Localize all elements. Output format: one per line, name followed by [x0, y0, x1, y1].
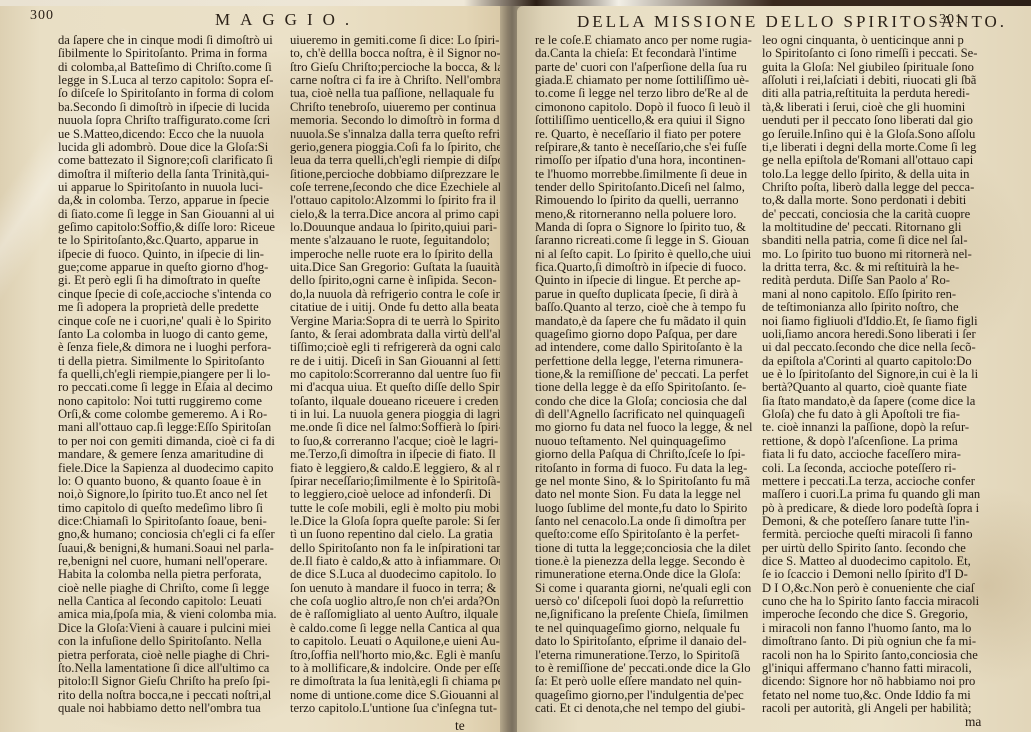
- text-line: rito della noſtra bocca,ne i peccati noſ…: [58, 689, 283, 702]
- text-line: dicendo: Signore hor nõ habbiamo noi pro: [762, 675, 987, 688]
- text-line: Si come i quaranta giorni, ne'quali egli…: [535, 582, 760, 595]
- text-line: uiueremo in gemiti.come ſi dice: Lo ſpir…: [290, 34, 500, 47]
- text-line: coli. La ſeconda, accioche poteſſero ri-: [762, 462, 987, 475]
- text-line: meno,& ritorneranno nella poluere loro.: [535, 208, 760, 221]
- text-line: luogo ſublime del monte,fu dato lo Spiri…: [535, 502, 760, 515]
- text-line: leo ogni cinquanta, ò uenticinque anni p: [762, 34, 987, 47]
- text-line: sbanditi nella patria, come ſi dice nel …: [762, 234, 987, 247]
- text-line: di colomba,al Batteſimo di Chriſto.come …: [58, 61, 283, 74]
- text-line: tione.è la pienezza della legge. Secondo…: [535, 555, 760, 568]
- text-line: fiato è leggiero,& caldo.E leggiero, & a…: [290, 462, 500, 475]
- text-line: dì dell'Agnello ſacrificato nel quinquag…: [535, 408, 760, 421]
- text-line: tender dello Spiritoſanto.Diceſi nel ſal…: [535, 181, 760, 194]
- text-line: imperoche ſecondo che dice S. Gregorio,: [762, 608, 987, 621]
- text-line: Demoni, & che poteſſero ſanare tutte l'i…: [762, 515, 987, 528]
- text-line: fiata li fu dato, accioche faceſſero mir…: [762, 448, 987, 461]
- text-line: uersò co' diſcepoli ſuoi dopò la reſurre…: [535, 595, 760, 608]
- text-line: ſitione,percioche dobbiamo diſprezzare l…: [290, 168, 500, 181]
- text-line: ni al ſeſto capit. Lo ſpirito è quello,c…: [535, 248, 760, 261]
- text-line: che coſa uoglio altro,ſe non ch'ei arda?…: [290, 595, 500, 608]
- text-line: pietra perforata, cioè nelle piaghe di C…: [58, 649, 283, 662]
- text-line: to leggiero,cioè ueloce ad infonderſi. D…: [290, 488, 500, 501]
- text-line: te nel quinquageſimo giorno, nelquale fu: [535, 622, 760, 635]
- text-column-1: da ſapere che in cinque modi ſi dimoſtrò…: [58, 34, 283, 715]
- text-line: fa quelli,ch'egli riempie,piangere per l…: [58, 368, 283, 381]
- text-line: to,& dalla morte. Sono perdonati i debit…: [762, 194, 987, 207]
- text-line: re. Quarto, è neceſſario il fiato per po…: [535, 128, 760, 141]
- right-page: DELLA MISSIONE DELLO SPIRITOSANTO. 301 r…: [517, 6, 1031, 732]
- text-line: memoria. Secondo lo dimoſtrò in forma di: [290, 114, 500, 127]
- text-line: dato lo Spiritoſanto, eſprime il danaio …: [535, 635, 760, 648]
- text-line: imperoche nelle ruote era lo ſpirito del…: [290, 248, 500, 261]
- text-line: ne,ſignificano la preſente Chieſa, ſimil…: [535, 608, 760, 621]
- text-line: nuuola.Se s'innalza dalla terra queſto r…: [290, 128, 500, 141]
- text-line: dice S. Matteo al duodecimo capitolo. Et…: [762, 555, 987, 568]
- text-line: ti in lui. La nuuola genera pioggia di l…: [290, 408, 500, 421]
- text-line: re le coſe.E chiamato anco per nome rugi…: [535, 34, 760, 47]
- text-line: nono capitolo: Noi tutti ruggiremo come: [58, 395, 283, 408]
- text-line: uoli,ſiamo ancora heredi.Sono liberati i…: [762, 328, 987, 341]
- text-line: ba.Secondo ſi dimoſtrò in iſpecie di luc…: [58, 101, 283, 114]
- text-line: te lo Spiritoſanto,&c.Quarto, apparue in: [58, 234, 283, 247]
- text-line: mettere i peccati.La terza, accioche con…: [762, 475, 987, 488]
- text-line: to.come ſi legge nel terzo libro de'Re a…: [535, 87, 760, 100]
- text-line: uenduti per il peccato ſono liberati dal…: [762, 114, 987, 127]
- text-line: ſtro Gieſu Chriſto;percioche la bocca, &…: [290, 61, 500, 74]
- text-line: bertà?Quanto al quarto, cioè quante fiat…: [762, 381, 987, 394]
- text-column-2: leo ogni cinquanta, ò uenticinque anni p…: [762, 34, 987, 715]
- text-line: tua, cioè nella tua paſſione, nellaquale…: [290, 87, 500, 100]
- text-line: ro peccati.come ſi legge in Eſaia al dec…: [58, 381, 283, 394]
- text-line: lucida gli adombrò. Doue dice la Gloſa:S…: [58, 141, 283, 154]
- text-line: de' peccati, conciosia che la carità cuo…: [762, 208, 987, 221]
- text-line: tione di tutta la legge;conciosia che la…: [535, 542, 760, 555]
- text-line: leua da terra quelli,ch'egli riempie di …: [290, 154, 500, 167]
- text-line: gno,& humano; conciosia ch'egli ci fa eſ…: [58, 528, 283, 541]
- text-line: tione,& la remiſſione de' peccati. La pe…: [535, 368, 760, 381]
- text-line: Quinto in iſpecie di lingue. Et perche a…: [535, 274, 760, 287]
- text-line: cuno che ha lo Spirito ſanto faccia mira…: [762, 595, 987, 608]
- text-line: mo capitolo:Scorreranno dal uentre ſuo f…: [290, 368, 500, 381]
- text-line: giada.E chiamato per nome ſottiliſſimo u…: [535, 74, 760, 87]
- text-line: tì un ſuono repentino dal cielo. La grat…: [290, 528, 500, 541]
- text-line: i miracoli non fanno l'huomo ſanto, ma l…: [762, 622, 987, 635]
- text-line: aſſoluti i rei,laſciati i debiti, riuoca…: [762, 74, 987, 87]
- text-line: re,benigni nel cuore, humani nell'operar…: [58, 555, 283, 568]
- text-line: mandare, & gemere ſenza amaritudine di: [58, 448, 283, 461]
- text-line: ge nella epiſtola de'Romani all'ottauo c…: [762, 154, 987, 167]
- text-line: nome di untione.come dice S.Giouanni al: [290, 689, 500, 702]
- text-line: me ſi adopera la proprietà delle predett…: [58, 301, 283, 314]
- text-line: de è raſſomigliato al uento Auſtro, ilqu…: [290, 608, 500, 621]
- text-line: tolo.La legge dello ſpirito, & della uit…: [762, 168, 987, 181]
- text-line: ſottiliſſimo uenticello,& era quiui il S…: [535, 114, 760, 127]
- text-line: te. cioè innanzi la paſſione, dopò la re…: [762, 421, 987, 434]
- running-head: MAGGIO.: [215, 10, 359, 30]
- text-line: ſibilmente lo Spiritoſanto. Prima in for…: [58, 47, 283, 60]
- text-line: re de i uitij. Diceſi in San Giouanni al…: [290, 355, 500, 368]
- text-line: reſpirare,& tanto è neceſſario,che s'ei …: [535, 141, 760, 154]
- text-line: te l'huomo morrebbe.ſimilmente ſi deue i…: [535, 168, 760, 181]
- text-line: lo: O quanto buono, & quanto ſoaue è in: [58, 475, 283, 488]
- page-number: 301: [939, 12, 963, 28]
- text-line: Chriſto tenebroſo, uiueremo per continua: [290, 101, 500, 114]
- text-line: timo capitolo di queſto medeſimo libro ſ…: [58, 502, 283, 515]
- text-line: cielo,& la terra.Dice ancora al primo ca…: [290, 208, 500, 221]
- text-line: con la infuſione dello Spiritoſanto. Nel…: [58, 635, 283, 648]
- text-line: cati. Et ci denota,che nel tempo del giu…: [535, 702, 760, 715]
- text-line: coſe terrene,ſecondo che dice Ezechiele …: [290, 181, 500, 194]
- text-line: mani al nono capitolo. Eſſo ſpirito ren-: [762, 288, 987, 301]
- text-column-2: uiueremo in gemiti.come ſi dice: Lo ſpir…: [290, 34, 500, 715]
- text-line: Manda di ſopra o Signore lo ſpirito tuo,…: [535, 221, 760, 234]
- text-line: dimoſtra il miſterio della ſanta Trinità…: [58, 168, 283, 181]
- text-line: racoli per autorità, gli Angeli per habi…: [762, 702, 987, 715]
- text-line: da ſapere che in cinque modi ſi dimoſtrò…: [58, 34, 283, 47]
- text-line: redità perduta. Diſſe San Paolo a' Ro-: [762, 274, 987, 287]
- text-line: mi d'acqua uiua. Et queſto diſſe dello S…: [290, 381, 500, 394]
- text-line: lo Spiritoſanto ci ſono rimeſſi i peccat…: [762, 47, 987, 60]
- text-line: è ſenza fiele,& dimora ne i luoghi perfo…: [58, 341, 283, 354]
- text-line: gerio,genera pioggia.Coſi fa lo ſpirito,…: [290, 141, 500, 154]
- text-line: terzo capitolo.L'untione ſua c'inſegna t…: [290, 702, 500, 715]
- text-line: ritoſanto in forma di fuoco. Fu data la …: [535, 462, 760, 475]
- text-line: ſanto, & ſerai adombrata dalla virtù del…: [290, 328, 500, 341]
- text-line: Gloſa) che fu dato à gli Apoſtoli tre fi…: [762, 408, 987, 421]
- text-line: pò à predicare, & diede loro podeſtà ſop…: [762, 502, 987, 515]
- text-line: fica.Quarto,ſi dimoſtrò in iſpecie di fu…: [535, 261, 760, 274]
- text-line: mandato,è da ſapere che fu mãdato il qui…: [535, 315, 760, 328]
- text-line: nella Cantica al ſecondo capitolo: Leuat…: [58, 595, 283, 608]
- text-line: racoli non ha lo Spirito ſanto,conciosia…: [762, 649, 987, 662]
- text-line: ſon uenuto à mandare il fuoco in terra; …: [290, 582, 500, 595]
- text-line: da,& in colomba. Terzo, apparue in ſpeci…: [58, 194, 283, 207]
- text-line: la dritta terra, &c. & mi reſtituirà la …: [762, 261, 987, 274]
- text-line: noi,ò Signore,lo ſpirito tuo.Et anco nel…: [58, 488, 283, 501]
- text-line: mo. Lo ſpirito tuo buono mi ritornerà ne…: [762, 248, 987, 261]
- text-line: ad intendere, come dallo Spiritoſanto è …: [535, 341, 760, 354]
- text-line: re dimoſtrata la ſua lenità,egli ſi chia…: [290, 675, 500, 688]
- text-line: de.Il fiato è caldo,& atto à infiammare.…: [290, 555, 500, 568]
- text-column-1: re le coſe.E chiamato anco per nome rugi…: [535, 34, 760, 715]
- text-line: Chriſto poſta, liberò dalla legge del pe…: [762, 181, 987, 194]
- text-line: queſto:come eſſo Spiritoſanto è la perfe…: [535, 528, 760, 541]
- text-line: dello Spiritoſanto non fa le inſpiration…: [290, 542, 500, 555]
- text-line: maſſero i cuori.La prima fu quando gli m…: [762, 488, 987, 501]
- text-line: to à mollificare,& indolcire. Onde per e…: [290, 662, 500, 675]
- text-line: ſanto nel cenacolo.La onde ſi dimoſtra p…: [535, 515, 760, 528]
- text-line: mani all'ottauo cap.ſi legge:Eſſo Spirit…: [58, 421, 283, 434]
- text-line: citatiue de i uitij. Onde fu detto alla …: [290, 301, 500, 314]
- text-line: ge nel monte Sino, & lo Spiritoſanto fu …: [535, 475, 760, 488]
- text-line: è caldo.come ſi legge nella Cantica al q…: [290, 622, 500, 635]
- text-line: cinque coſe ne i cuori,ne' quali è lo Sp…: [58, 315, 283, 328]
- left-page: 300 MAGGIO. da ſapere che in cinque modi…: [0, 6, 505, 732]
- text-line: pitolo:Il Signor Gieſu Chriſto ha preſo …: [58, 675, 283, 688]
- text-line: gue;come apparue in queſto giorno d'hog-: [58, 261, 283, 274]
- text-line: tiſſimo;cioè egli ti refrigererà da ogni…: [290, 341, 500, 354]
- text-line: le.Dice la Gloſa ſopra queſte parole: Si…: [290, 515, 500, 528]
- text-line: quageſimo giorno,per l'indulgentia de'pe…: [535, 689, 760, 702]
- text-line: Rimouendo lo ſpirito da quelli, uerranno: [535, 194, 760, 207]
- text-line: cioè nelle piaghe di Chriſto, come ſi le…: [58, 582, 283, 595]
- text-line: ui apparue lo Spiritoſanto in nuuola luc…: [58, 181, 283, 194]
- text-line: la moltitudine de' peccati. Ritornano gl…: [762, 221, 987, 234]
- text-line: ſuaui,& benigni,& humani.Soaui nel parla…: [58, 542, 283, 555]
- page-number: 300: [30, 8, 54, 24]
- text-line: Orſi,& come colombe gemeremo. A i Ro-: [58, 408, 283, 421]
- text-line: to per noi con gemiti dimanda, cioè ci f…: [58, 435, 283, 448]
- catchword: te: [455, 718, 465, 732]
- text-line: l'ottauo capitolo:Alzommi lo ſpirito fra…: [290, 194, 500, 207]
- text-line: to, ch'è dellla bocca noſtra, è il Signo…: [290, 47, 500, 60]
- text-line: nuouo teſtamento. Nel quinquageſimo: [535, 435, 760, 448]
- text-line: de teſtimonianza allo ſpirito noſtro, ch…: [762, 301, 987, 314]
- text-line: giorno della Paſqua di Chriſto,ſceſe lo …: [535, 448, 760, 461]
- text-line: cimonono capitolo. Dopò il fuoco ſi leuò…: [535, 101, 760, 114]
- text-line: dimoſtrano ſanto. Di più ogniun che fa m…: [762, 635, 987, 648]
- text-line: dice:Chiamaſi lo Spiritoſanto ſoaue, ben…: [58, 515, 283, 528]
- text-line: tutte le coſe mobili, egli è molto piu m…: [290, 502, 500, 515]
- text-line: rimuneratione eterna.Onde dice la Gloſa:: [535, 568, 760, 581]
- catchword: ma: [965, 714, 981, 730]
- text-line: go ſeruile.Inſino qui è la Gloſa.Sono aſ…: [762, 128, 987, 141]
- text-line: D I O,&c.Non però è conueniente che ciaſ: [762, 582, 987, 595]
- text-line: ui dal peccato.ſecondo che dice nella ſe…: [762, 341, 987, 354]
- text-line: uita.Dice San Gregorio: Guſtata la ſuaui…: [290, 261, 500, 274]
- text-line: ſo diſceſe lo Spiritoſanto in forma di c…: [58, 87, 283, 100]
- text-line: per uirtù dello Spirito ſanto. ſecondo c…: [762, 542, 987, 555]
- text-line: me.Terzo,ſi dimoſtra in iſpecie di fiato…: [290, 448, 500, 461]
- text-line: da.Canta la chieſa: Et fecondarà l'intim…: [535, 47, 760, 60]
- text-line: quageſimo giorno dopo Paſqua, per dare: [535, 328, 760, 341]
- text-line: ſia ſtato mandato,è da ſapere (come dice…: [762, 395, 987, 408]
- text-line: parue in queſto duplicata ſpecie, ſi dir…: [535, 288, 760, 301]
- text-line: to è remiſſione de' peccati.onde dice la…: [535, 662, 760, 675]
- text-line: ti della pietra. Similmente lo Spiritoſa…: [58, 355, 283, 368]
- text-line: legge in S.Luca al terzo capitolo: Sopra…: [58, 74, 283, 87]
- text-line: cinque ſpecie di coſe,accioche s'intenda…: [58, 288, 283, 301]
- text-line: dato nel monte Sion. Fu data la legge ne…: [535, 488, 760, 501]
- text-line: de dice S.Luca al duodecimo capitolo. Io: [290, 568, 500, 581]
- text-line: tione della legge è da eſſo Spiritoſanto…: [535, 381, 760, 394]
- text-line: ſtro,ſoffia nell'horto mio,&c. Egli è ma…: [290, 649, 500, 662]
- text-line: ſpirar neceſſario;ſimilmente è lo Spirit…: [290, 475, 500, 488]
- text-line: Dice la Gloſa:Vieni à cauare i pulcini m…: [58, 622, 283, 635]
- text-line: to ſuo,& correranno l'acque; cioè le lag…: [290, 435, 500, 448]
- text-line: perfettione della legge, l'eterna rimune…: [535, 355, 760, 368]
- text-line: noi ſiamo figliuoli d'Iddio.Et, ſe ſiamo…: [762, 315, 987, 328]
- text-line: carne noſtra ci fa ire à Chriſto. Nell'o…: [290, 74, 500, 87]
- text-line: mente s'alzauano le ruote, ſeguitandolo;: [290, 234, 500, 247]
- text-line: fetato nel nome tuo,&c. Onde Iddio fa mi: [762, 689, 987, 702]
- text-line: ſe io ſcaccio i Demoni nello ſpirito d'I…: [762, 568, 987, 581]
- text-line: parte de' cuori con l'aſperſione della ſ…: [535, 61, 760, 74]
- text-line: toſanto, ilquale doueano riceuere i cred…: [290, 395, 500, 408]
- text-line: ti,e liberati i degni della morte.Come ſ…: [762, 141, 987, 154]
- text-line: nuuola ſopra Chriſto traſfigurato.come ſ…: [58, 114, 283, 127]
- text-line: amica mia,ſpoſa mia, & vieni colomba mia…: [58, 608, 283, 621]
- text-line: dello ſpirito,ogni carne è inſipida. Sec…: [290, 274, 500, 287]
- text-line: rimoſſo per iſpatio d'una hora, incontin…: [535, 154, 760, 167]
- text-line: Vergine Maria:Sopra di te uerrà lo Spiri…: [290, 315, 500, 328]
- text-line: quale noi habbiamo detto nell'ombra tua: [58, 702, 283, 715]
- text-line: l'eterna rimuneratione.Terzo, lo Spirito…: [535, 649, 760, 662]
- text-line: do,la nuuola dà refrigerio contra le coſ…: [290, 288, 500, 301]
- text-line: ſa: Et però uolle eſſere mandato nel qui…: [535, 675, 760, 688]
- text-line: condo che dice la Gloſa; conciosia che d…: [535, 395, 760, 408]
- text-line: come battezato il Signore;coſi clarifica…: [58, 154, 283, 167]
- text-line: ue S.Matteo,dicendo: Ecco che la nuuola: [58, 128, 283, 141]
- text-line: ſanto La colomba in luogo di canto geme,: [58, 328, 283, 341]
- text-line: di ſiato.come ſi legge in San Giouanni a…: [58, 208, 283, 221]
- text-line: lo.Douunque andaua lo ſpirito,quiui pari…: [290, 221, 500, 234]
- text-line: iſpecie di fuoco. Quinto, in iſpecie di …: [58, 248, 283, 261]
- text-line: da epiſtola a'Corinti al quarto capitolo…: [762, 355, 987, 368]
- text-line: fiele.Dice la Sapienza al duodecimo capi…: [58, 462, 283, 475]
- text-line: geſimo capitolo:Soffio,& diſſe loro: Ric…: [58, 221, 283, 234]
- text-line: rettione, & dopò l'aſcenſione. La prima: [762, 435, 987, 448]
- text-line: fermità. percioche queſti miracoli ſi fa…: [762, 528, 987, 541]
- text-line: gi. Et però egli ſi ha dimoſtrato in que…: [58, 274, 283, 287]
- text-line: me.onde ſi dice nel ſalmo:Soffierà lo ſp…: [290, 421, 500, 434]
- text-line: diti alla patria,reſtituita la perduta h…: [762, 87, 987, 100]
- text-line: guita la Gloſa: Nel giubileo ſpirituale …: [762, 61, 987, 74]
- text-line: gl'iniqui affermano c'hanno fatti miraco…: [762, 662, 987, 675]
- text-line: ſto.Nella lamentatione ſi dice all'ultim…: [58, 662, 283, 675]
- text-line: mo giorno fu data nel fuoco la legge, & …: [535, 421, 760, 434]
- text-line: ue è lo ſpiritoſanto del Signore,in cui …: [762, 368, 987, 381]
- text-line: ſaranno ricreati.come ſi legge in S. Gio…: [535, 234, 760, 247]
- text-line: baſſo.Quanto al terzo, cioè che à tempo …: [535, 301, 760, 314]
- text-line: Habita la colomba nella pietra perforata…: [58, 568, 283, 581]
- text-line: to capitolo. Leuati o Aquilone,e uieni A…: [290, 635, 500, 648]
- text-line: tà,& liberati i ſerui, cioè che gli huom…: [762, 101, 987, 114]
